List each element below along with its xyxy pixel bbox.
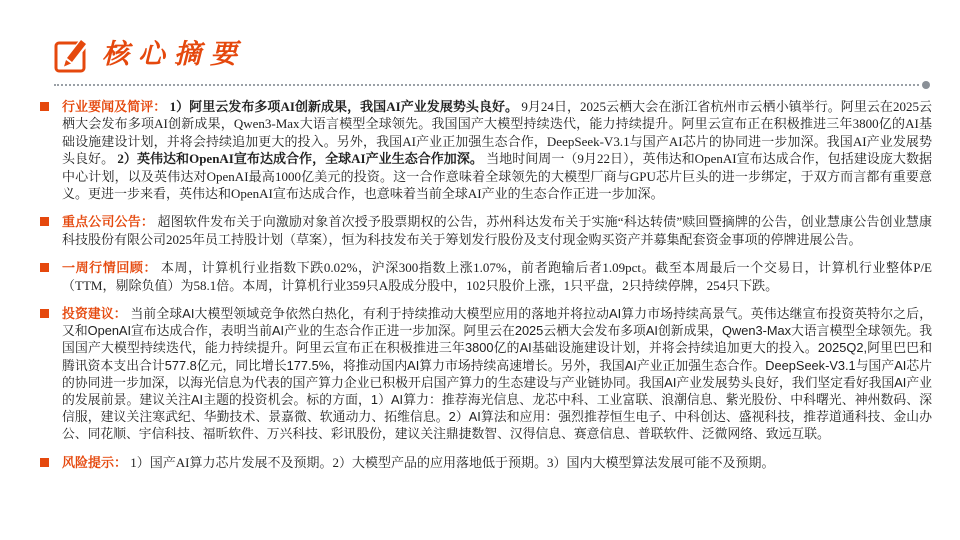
section-label: 行业要闻及简评： [62,99,166,114]
bullet-square-icon [40,217,49,226]
section-company-announcements: 重点公司公告： 超图软件发布关于向激励对象首次授予股票期权的公告，苏州科达发布关… [40,213,932,248]
title-row: 核心摘要 [54,36,930,76]
page-title: 核心摘要 [102,41,246,68]
pencil-edit-icon [54,38,90,74]
section-investment-advice: 投资建议： 当前全球AI大模型领域竞争依然白热化，有利于持续推动大模型应用的落地… [40,305,932,443]
section-risk-warning: 风险提示： 1）国产AI算力芯片发展不及预期。2）大模型产品的应用落地低于预期。… [40,454,932,471]
section-text: 1）国产AI算力芯片发展不及预期。2）大模型产品的应用落地低于预期。3）国内大模… [130,455,774,470]
section-text: 2）英伟达和OpenAI宣布达成合作，全球AI产业生态合作加深。 [117,151,483,166]
section-label: 一周行情回顾： [62,260,157,275]
section-label: 重点公司公告： [62,214,154,229]
bullet-square-icon [40,309,49,318]
section-text: 超图软件发布关于向激励对象首次授予股票期权的公告，苏州科达发布关于实施“科达转债… [62,214,932,246]
header: 核心摘要 [0,0,960,89]
bullet-square-icon [40,102,49,111]
divider [54,81,930,89]
section-text: 本周，计算机行业指数下跌0.02%，沪深300指数上涨1.07%，前者跑输后者1… [62,260,932,292]
section-text: 当前全球AI大模型领域竞争依然白热化，有利于持续推动大模型应用的落地并将拉动AI… [62,306,932,441]
divider-end-dot-icon [922,81,930,89]
bullet-square-icon [40,458,49,467]
section-label: 风险提示： [62,455,127,470]
section-industry-news: 行业要闻及简评： 1）阿里云发布多项AI创新成果，我国AI产业发展势头良好。 9… [40,98,932,202]
report-summary-page: 核心摘要 行业要闻及简评： 1）阿里云发布多项AI创新成果，我国AI产业发展势头… [0,0,960,540]
bullet-square-icon [40,263,49,272]
section-label: 投资建议： [62,306,127,321]
section-weekly-market-review: 一周行情回顾： 本周，计算机行业指数下跌0.02%，沪深300指数上涨1.07%… [40,259,932,294]
summary-content: 行业要闻及简评： 1）阿里云发布多项AI创新成果，我国AI产业发展势头良好。 9… [0,89,960,471]
dotted-line [54,84,919,86]
section-text: 1）阿里云发布多项AI创新成果，我国AI产业发展势头良好。 [170,99,518,114]
